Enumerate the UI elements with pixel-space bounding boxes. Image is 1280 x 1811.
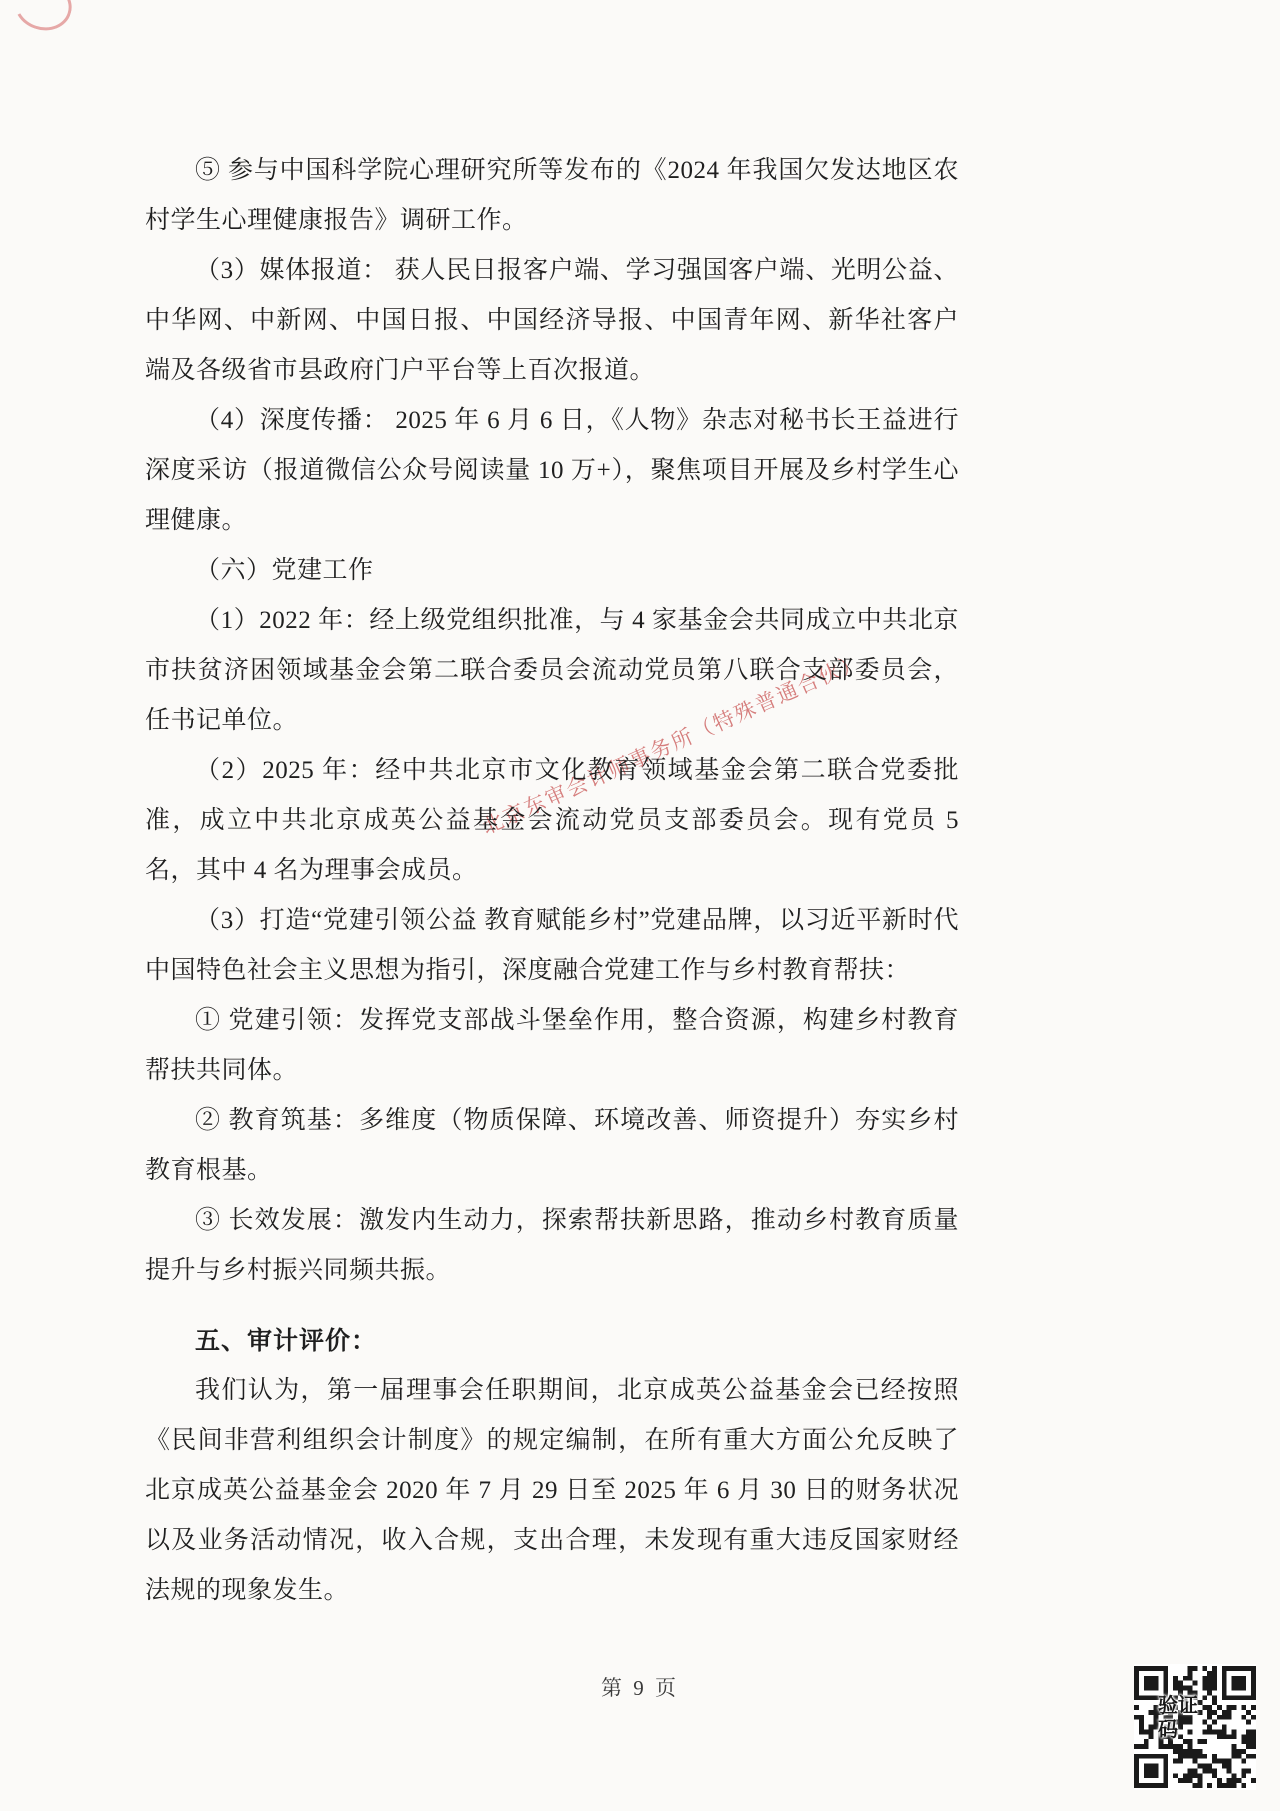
paragraph-party-2025: （2）2025 年：经中共北京市文化教育领域基金会第二联合党委批准，成立中共北京… [145, 746, 959, 896]
paragraph-party-brand: （3）打造“党建引领公益 教育赋能乡村”党建品牌，以习近平新时代中国特色社会主义… [145, 896, 959, 996]
page-body-text: ⑤ 参与中国科学院心理研究所等发布的《2024 年我国欠发达地区农村学生心理健康… [145, 146, 959, 1616]
paragraph-party-2022: （1）2022 年：经上级党组织批准，与 4 家基金会共同成立中共北京市扶贫济困… [145, 596, 959, 746]
paragraph-deep-interview: （4）深度传播： 2025 年 6 月 6 日，《人物》杂志对秘书长王益进行深度… [145, 396, 959, 546]
paragraph-item-1-leadership: ① 党建引领：发挥党支部战斗堡垒作用，整合资源，构建乡村教育帮扶共同体。 [145, 996, 959, 1096]
qr-code-svg [1134, 1664, 1256, 1790]
page-number: 第 9 页 [601, 1676, 679, 1700]
section-heading-audit-evaluation: 五、审计评价： [145, 1316, 959, 1366]
red-stamp-fragment [8, 0, 79, 38]
paragraph-research-report: ⑤ 参与中国科学院心理研究所等发布的《2024 年我国欠发达地区农村学生心理健康… [145, 146, 959, 246]
verification-qr-code: 验证码 [1134, 1664, 1256, 1790]
page-footer: 第 9 页 [0, 1672, 1280, 1702]
paragraph-party-building-title: （六）党建工作 [145, 546, 959, 596]
document-page: 北京东审会计师事务所（特殊普通合伙） ⑤ 参与中国科学院心理研究所等发布的《20… [0, 0, 1280, 1811]
paragraph-audit-opinion: 我们认为，第一届理事会任职期间，北京成英公益基金会已经按照《民间非营利组织会计制… [145, 1366, 959, 1616]
paragraph-media-coverage: （3）媒体报道： 获人民日报客户端、学习强国客户端、光明公益、中华网、中新网、中… [145, 246, 959, 396]
paragraph-item-2-education: ② 教育筑基：多维度（物质保障、环境改善、师资提升）夯实乡村教育根基。 [145, 1096, 959, 1196]
paragraph-item-3-development: ③ 长效发展：激发内生动力，探索帮扶新思路，推动乡村教育质量提升与乡村振兴同频共… [145, 1196, 959, 1296]
